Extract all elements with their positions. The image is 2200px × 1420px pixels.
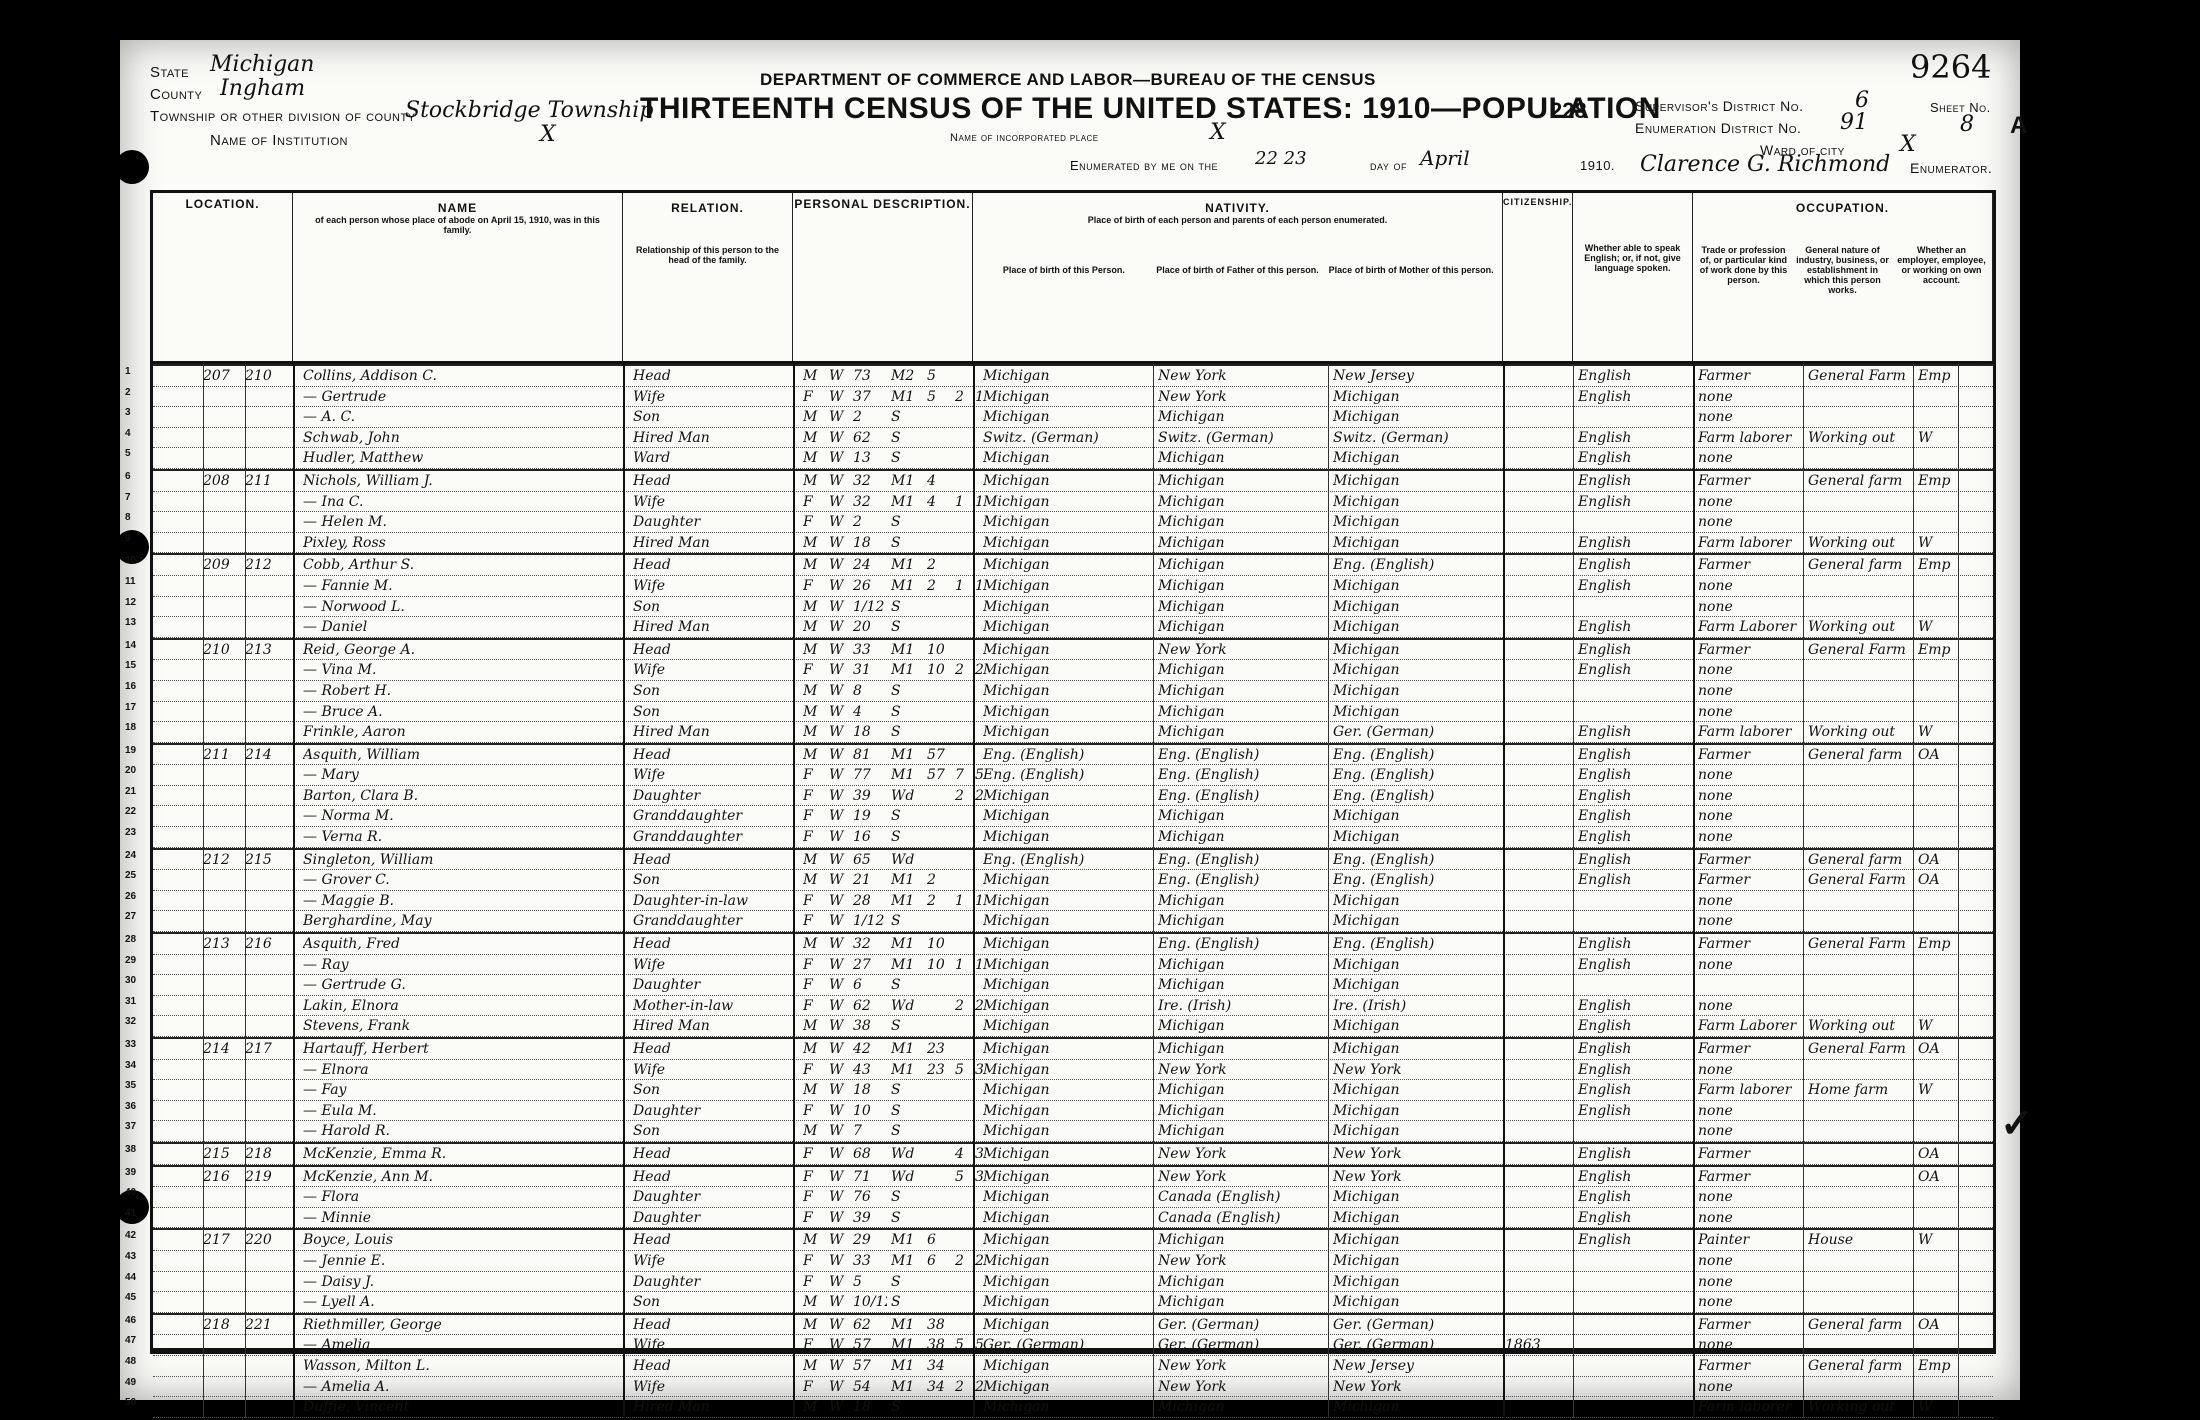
cell-lang xyxy=(1578,1292,1688,1311)
cell-born xyxy=(955,975,973,994)
cell-bm: Ger. (German) xyxy=(1333,722,1503,741)
cell-sex: M xyxy=(803,1356,825,1375)
cell-name: Nichols, William J. xyxy=(303,471,623,490)
cell-ind: General Farm xyxy=(1808,934,1918,953)
cell-ms: M1 xyxy=(891,870,925,889)
cell-lang: English xyxy=(1578,765,1688,784)
cell-born xyxy=(955,722,973,741)
cell-age: 62 xyxy=(853,428,887,447)
cell-lang: English xyxy=(1578,955,1688,974)
cell-imm xyxy=(1505,1080,1545,1099)
cell-age: 4 xyxy=(853,702,887,721)
cell-bp: Michigan xyxy=(983,870,1158,889)
cell-bf: Michigan xyxy=(1158,1101,1333,1120)
cell-trade: Farm Laborer xyxy=(1698,1016,1808,1035)
cell-born xyxy=(955,681,973,700)
cell-name: — Lyell A. xyxy=(303,1292,623,1311)
cell-sex: F xyxy=(803,1187,825,1206)
line-number: 30 xyxy=(125,975,136,986)
cell-bp: Eng. (English) xyxy=(983,745,1158,764)
table-row: — Gertrude G.DaughterFW6SMichiganMichiga… xyxy=(153,975,1993,996)
line-number: 50 xyxy=(125,1397,136,1408)
cell-rel: Daughter xyxy=(633,975,793,994)
cell-bp: Michigan xyxy=(983,827,1158,846)
table-row: — Harold R.SonMW7SMichiganMichiganMichig… xyxy=(153,1121,1993,1142)
cell-age: 27 xyxy=(853,955,887,974)
cell-imm xyxy=(1505,996,1545,1015)
cell-bf: New York xyxy=(1158,1060,1333,1079)
cell-yrs: 4 xyxy=(927,471,953,490)
cell-imm xyxy=(1505,786,1545,805)
cell-ms: S xyxy=(891,722,925,741)
cell-emp xyxy=(1918,407,1958,426)
cell-bf: Michigan xyxy=(1158,617,1333,636)
cell-ms: S xyxy=(891,1292,925,1311)
cell-age: 18 xyxy=(853,1080,887,1099)
cell-lang: English xyxy=(1578,1016,1688,1035)
table-row: 210213Reid, George A.HeadMW33M110Michiga… xyxy=(153,638,1993,661)
table-row: Wasson, Milton L.HeadMW57M134MichiganNew… xyxy=(153,1356,1993,1377)
cell-rel: Head xyxy=(633,745,793,764)
cell-rel: Hired Man xyxy=(633,533,793,552)
cell-bp: Michigan xyxy=(983,366,1158,385)
cell-bp: Michigan xyxy=(983,911,1158,930)
cell-fam: 212 xyxy=(245,555,285,574)
line-number: 11 xyxy=(125,576,136,587)
cell-born xyxy=(955,1356,973,1375)
line-number: 32 xyxy=(125,1016,136,1027)
cell-bm: Michigan xyxy=(1333,806,1503,825)
cell-fam xyxy=(245,996,285,1015)
cell-rel: Head xyxy=(633,366,793,385)
cell-age: 10/12 xyxy=(853,1292,887,1311)
cell-imm xyxy=(1505,1315,1545,1334)
cell-name: Collins, Addison C. xyxy=(303,366,623,385)
cell-ms: M1 xyxy=(891,934,925,953)
cell-born xyxy=(955,555,973,574)
cell-bm: Michigan xyxy=(1333,471,1503,490)
table-row: Stevens, FrankHired ManMW38SMichiganMich… xyxy=(153,1016,1993,1037)
cell-ms: S xyxy=(891,1272,925,1291)
cell-bf: Ire. (Irish) xyxy=(1158,996,1333,1015)
cell-trade: none xyxy=(1698,1292,1808,1311)
cell-trade: none xyxy=(1698,702,1808,721)
cell-rel: Head xyxy=(633,1356,793,1375)
cell-bp: Michigan xyxy=(983,891,1158,910)
cell-rel: Mother-in-law xyxy=(633,996,793,1015)
cell-bm: Eng. (English) xyxy=(1333,745,1503,764)
cell-yrs: 6 xyxy=(927,1230,953,1249)
line-number: 16 xyxy=(125,681,136,692)
relation-header: RELATION.Relationship of this person to … xyxy=(623,193,793,361)
cell-bf: Michigan xyxy=(1158,1230,1333,1249)
table-row: 216219McKenzie, Ann M.HeadFW71Wd53Michig… xyxy=(153,1165,1993,1188)
cell-age: 24 xyxy=(853,555,887,574)
cell-born xyxy=(955,366,973,385)
cell-dw xyxy=(203,870,243,889)
cell-dw xyxy=(203,428,243,447)
cell-bm: Michigan xyxy=(1333,1039,1503,1058)
cell-bf: Eng. (English) xyxy=(1158,745,1333,764)
table-row: — Norwood L.SonMW1/12SMichiganMichiganMi… xyxy=(153,597,1993,618)
cell-imm xyxy=(1505,555,1545,574)
table-row: — RayWifeFW27M11011MichiganMichiganMichi… xyxy=(153,955,1993,976)
cell-trade: Farm Laborer xyxy=(1698,617,1808,636)
cell-race: W xyxy=(829,448,851,467)
cell-bf: Michigan xyxy=(1158,681,1333,700)
cell-yrs xyxy=(927,1101,953,1120)
table-row: — Lyell A.SonMW10/12SMichiganMichiganMic… xyxy=(153,1292,1993,1313)
cell-lang: English xyxy=(1578,1080,1688,1099)
cell-ms: M1 xyxy=(891,1335,925,1354)
cell-bm: Michigan xyxy=(1333,448,1503,467)
cell-bf: Eng. (English) xyxy=(1158,870,1333,889)
cell-emp: Emp xyxy=(1918,1356,1958,1375)
cell-rel: Hired Man xyxy=(633,722,793,741)
cell-imm xyxy=(1505,1187,1545,1206)
cell-name: — Verna R. xyxy=(303,827,623,846)
line-number: 1 xyxy=(125,366,131,377)
cell-rel: Wife xyxy=(633,576,793,595)
cell-ms: M1 xyxy=(891,1230,925,1249)
cell-sex: F xyxy=(803,996,825,1015)
cell-lang: English xyxy=(1578,1144,1688,1163)
line-number: 49 xyxy=(125,1377,136,1388)
line-number: 8 xyxy=(125,512,131,523)
cell-lang xyxy=(1578,407,1688,426)
cell-imm xyxy=(1505,576,1545,595)
cell-emp xyxy=(1918,1251,1958,1270)
cell-ms: S xyxy=(891,597,925,616)
cell-fam xyxy=(245,407,285,426)
line-number: 45 xyxy=(125,1292,136,1303)
table-row: — Helen M.DaughterFW2SMichiganMichiganMi… xyxy=(153,512,1993,533)
cell-race: W xyxy=(829,1377,851,1396)
incorporated-value: X xyxy=(1210,120,1226,145)
enumeration-label: Enumeration District No. xyxy=(1635,120,1801,136)
cell-born: 5 xyxy=(955,1060,973,1079)
cell-race: W xyxy=(829,975,851,994)
cell-bm: Eng. (English) xyxy=(1333,786,1503,805)
cell-bf: Eng. (English) xyxy=(1158,765,1333,784)
cell-ms: S xyxy=(891,702,925,721)
cell-bf: Michigan xyxy=(1158,911,1333,930)
cell-fam xyxy=(245,492,285,511)
location-header: LOCATION. xyxy=(153,193,293,361)
line-number: 9 xyxy=(125,533,131,544)
cell-ms: M1 xyxy=(891,492,925,511)
cell-bm: Eng. (English) xyxy=(1333,934,1503,953)
cell-ms: M1 xyxy=(891,1315,925,1334)
cell-lang: English xyxy=(1578,640,1688,659)
cell-emp xyxy=(1918,1121,1958,1140)
cell-imm xyxy=(1505,745,1545,764)
cell-name: Berghardine, May xyxy=(303,911,623,930)
institution-value: X xyxy=(540,122,556,147)
cell-imm xyxy=(1505,1251,1545,1270)
cell-trade: Farmer xyxy=(1698,870,1808,889)
cell-age: 76 xyxy=(853,1187,887,1206)
cell-dw xyxy=(203,1101,243,1120)
cell-race: W xyxy=(829,1251,851,1270)
cell-sex: M xyxy=(803,428,825,447)
cell-rel: Head xyxy=(633,471,793,490)
cell-lang: English xyxy=(1578,806,1688,825)
cell-born: 1 xyxy=(955,576,973,595)
table-row: Berghardine, MayGranddaughterFW1/12SMich… xyxy=(153,911,1993,932)
cell-race: W xyxy=(829,1016,851,1035)
cell-ms: S xyxy=(891,1208,925,1227)
cell-trade: none xyxy=(1698,827,1808,846)
cell-yrs: 23 xyxy=(927,1039,953,1058)
table-row: Pixley, RossHired ManMW18SMichiganMichig… xyxy=(153,533,1993,554)
cell-born: 2 xyxy=(955,996,973,1015)
cell-emp: W xyxy=(1918,1016,1958,1035)
cell-rel: Hired Man xyxy=(633,617,793,636)
cell-bm: Michigan xyxy=(1333,1016,1503,1035)
cell-race: W xyxy=(829,996,851,1015)
cell-ind xyxy=(1808,1144,1918,1163)
cell-lang: English xyxy=(1578,934,1688,953)
table-row: — DanielHired ManMW20SMichiganMichiganMi… xyxy=(153,617,1993,638)
cell-race: W xyxy=(829,850,851,869)
cell-imm xyxy=(1505,765,1545,784)
cell-emp xyxy=(1918,786,1958,805)
cell-yrs: 5 xyxy=(927,366,953,385)
cell-ms: M2 xyxy=(891,366,925,385)
cell-bp: Michigan xyxy=(983,640,1158,659)
cell-yrs xyxy=(927,722,953,741)
cell-age: 39 xyxy=(853,1208,887,1227)
cell-bm: Michigan xyxy=(1333,533,1503,552)
cell-race: W xyxy=(829,1060,851,1079)
cell-trade: none xyxy=(1698,448,1808,467)
cell-yrs: 38 xyxy=(927,1315,953,1334)
line-number: 4 xyxy=(125,428,131,439)
cell-lang xyxy=(1578,911,1688,930)
cell-rel: Daughter-in-law xyxy=(633,891,793,910)
cell-sex: M xyxy=(803,1230,825,1249)
cell-emp xyxy=(1918,1377,1958,1396)
cell-sex: F xyxy=(803,1208,825,1227)
cell-dw xyxy=(203,1208,243,1227)
month-value: April xyxy=(1420,146,1470,170)
cell-imm xyxy=(1505,911,1545,930)
cell-imm xyxy=(1505,1208,1545,1227)
cell-lang: English xyxy=(1578,722,1688,741)
cell-fam xyxy=(245,870,285,889)
county-label: County xyxy=(150,86,202,103)
cell-age: 1/12 xyxy=(853,597,887,616)
cell-bp: Michigan xyxy=(983,934,1158,953)
cell-dw: 218 xyxy=(203,1315,243,1334)
table-row: — A. C.SonMW2SMichiganMichiganMichiganno… xyxy=(153,407,1993,428)
cell-lang: English xyxy=(1578,576,1688,595)
table-row: 209212Cobb, Arthur S.HeadMW24M12Michigan… xyxy=(153,553,1993,576)
cell-ind xyxy=(1808,1121,1918,1140)
cell-name: — Helen M. xyxy=(303,512,623,531)
cell-fam xyxy=(245,1292,285,1311)
cell-emp xyxy=(1918,975,1958,994)
cell-bf: Michigan xyxy=(1158,1397,1333,1416)
cell-race: W xyxy=(829,407,851,426)
enumerator-name: Clarence G. Richmond xyxy=(1640,152,1890,177)
cell-lang: English xyxy=(1578,1101,1688,1120)
table-row: — ElnoraWifeFW43M12353MichiganNew YorkNe… xyxy=(153,1060,1993,1081)
cell-name: — Vina M. xyxy=(303,660,623,679)
nativity-header: NATIVITY.Place of birth of each person a… xyxy=(973,193,1503,361)
cell-bf: Michigan xyxy=(1158,576,1333,595)
cell-rel: Daughter xyxy=(633,1101,793,1120)
cell-age: 57 xyxy=(853,1335,887,1354)
cell-ind xyxy=(1808,891,1918,910)
cell-dw xyxy=(203,1060,243,1079)
cell-rel: Wife xyxy=(633,955,793,974)
cell-fam xyxy=(245,1377,285,1396)
cell-name: — Norma M. xyxy=(303,806,623,825)
cell-yrs xyxy=(927,428,953,447)
cell-imm xyxy=(1505,407,1545,426)
cell-ind xyxy=(1808,387,1918,406)
cell-born xyxy=(955,1101,973,1120)
cell-bp: Michigan xyxy=(983,702,1158,721)
cell-bp: Michigan xyxy=(983,1356,1158,1375)
cell-yrs xyxy=(927,448,953,467)
cell-dw xyxy=(203,722,243,741)
cell-name: — Minnie xyxy=(303,1208,623,1227)
cell-born xyxy=(955,870,973,889)
cell-bm: Michigan xyxy=(1333,1272,1503,1291)
cell-name: — Amelia A. xyxy=(303,1377,623,1396)
sheet-side: A xyxy=(2010,112,2027,140)
cell-dw xyxy=(203,996,243,1015)
cell-name: — Elnora xyxy=(303,1060,623,1079)
cell-yrs xyxy=(927,681,953,700)
cell-name: — Ray xyxy=(303,955,623,974)
cell-fam xyxy=(245,1101,285,1120)
cell-emp: W xyxy=(1918,1230,1958,1249)
cell-fam xyxy=(245,1121,285,1140)
cell-race: W xyxy=(829,1208,851,1227)
cell-ind xyxy=(1808,765,1918,784)
cell-born: 2 xyxy=(955,387,973,406)
table-row: — Robert H.SonMW8SMichiganMichiganMichig… xyxy=(153,681,1993,702)
table-row: 214217Hartauff, HerbertHeadMW42M123Michi… xyxy=(153,1037,1993,1060)
cell-emp xyxy=(1918,1060,1958,1079)
cell-fam: 215 xyxy=(245,850,285,869)
cell-dw xyxy=(203,827,243,846)
cell-fam xyxy=(245,765,285,784)
line-number: 35 xyxy=(125,1080,136,1091)
cell-trade: Farmer xyxy=(1698,934,1808,953)
name-header: NAMEof each person whose place of abode … xyxy=(293,193,623,361)
cell-bm: Eng. (English) xyxy=(1333,870,1503,889)
cell-ind xyxy=(1808,448,1918,467)
cell-born xyxy=(955,1315,973,1334)
cell-bp: Michigan xyxy=(983,806,1158,825)
cell-dw xyxy=(203,806,243,825)
cell-trade: none xyxy=(1698,911,1808,930)
cell-sex: F xyxy=(803,492,825,511)
cell-born: 7 xyxy=(955,765,973,784)
cell-lang xyxy=(1578,702,1688,721)
cell-bm: Eng. (English) xyxy=(1333,555,1503,574)
cell-lang xyxy=(1578,1356,1688,1375)
cell-dw: 214 xyxy=(203,1039,243,1058)
line-number: 34 xyxy=(125,1060,136,1071)
cell-race: W xyxy=(829,597,851,616)
line-number: 27 xyxy=(125,911,136,922)
cell-lang: English xyxy=(1578,471,1688,490)
cell-ms: M1 xyxy=(891,555,925,574)
cell-bm: Michigan xyxy=(1333,681,1503,700)
cell-dw xyxy=(203,891,243,910)
cell-fam: 216 xyxy=(245,934,285,953)
table-row: 212215Singleton, WilliamHeadMW65WdEng. (… xyxy=(153,848,1993,871)
cell-imm xyxy=(1505,1272,1545,1291)
cell-lang: English xyxy=(1578,1167,1688,1186)
cell-trade: Farm laborer xyxy=(1698,722,1808,741)
cell-ind xyxy=(1808,660,1918,679)
year-label: 1910. xyxy=(1580,158,1615,173)
cell-fam xyxy=(245,911,285,930)
cell-yrs xyxy=(927,702,953,721)
cell-ind: Working out xyxy=(1808,1397,1918,1416)
cell-fam xyxy=(245,1397,285,1416)
cell-born: 4 xyxy=(955,1144,973,1163)
cell-name: — Robert H. xyxy=(303,681,623,700)
table-row: — Vina M.WifeFW31M11022MichiganMichiganM… xyxy=(153,660,1993,681)
cell-age: 20 xyxy=(853,617,887,636)
cell-fam xyxy=(245,786,285,805)
cell-sex: M xyxy=(803,1016,825,1035)
cell-name: — Harold R. xyxy=(303,1121,623,1140)
cell-fam: 219 xyxy=(245,1167,285,1186)
cell-emp: Emp xyxy=(1918,934,1958,953)
cell-ms: M1 xyxy=(891,1039,925,1058)
line-number: 10 xyxy=(125,555,136,566)
cell-trade: none xyxy=(1698,660,1808,679)
cell-age: 10 xyxy=(853,1101,887,1120)
cell-emp: OA xyxy=(1918,1315,1958,1334)
cell-name: Schwab, John xyxy=(303,428,623,447)
cell-dw xyxy=(203,1187,243,1206)
cell-age: 32 xyxy=(853,492,887,511)
cell-name: — Norwood L. xyxy=(303,597,623,616)
cell-race: W xyxy=(829,660,851,679)
cell-bf: Eng. (English) xyxy=(1158,934,1333,953)
cell-sex: F xyxy=(803,1251,825,1270)
cell-ms: M1 xyxy=(891,1060,925,1079)
cell-bf: Michigan xyxy=(1158,407,1333,426)
cell-bp: Michigan xyxy=(983,533,1158,552)
cell-bp: Michigan xyxy=(983,1208,1158,1227)
cell-trade: none xyxy=(1698,1060,1808,1079)
cell-name: Hudler, Matthew xyxy=(303,448,623,467)
cell-dw xyxy=(203,660,243,679)
cell-name: Riethmiller, George xyxy=(303,1315,623,1334)
cell-dw xyxy=(203,681,243,700)
cell-bp: Michigan xyxy=(983,1230,1158,1249)
cell-race: W xyxy=(829,640,851,659)
cell-bm: Michigan xyxy=(1333,1230,1503,1249)
cell-age: 65 xyxy=(853,850,887,869)
cell-ms: M1 xyxy=(891,891,925,910)
cell-fam xyxy=(245,428,285,447)
cell-age: 6 xyxy=(853,975,887,994)
cell-trade: Farm laborer xyxy=(1698,1397,1808,1416)
cell-name: — Amelia xyxy=(303,1335,623,1354)
